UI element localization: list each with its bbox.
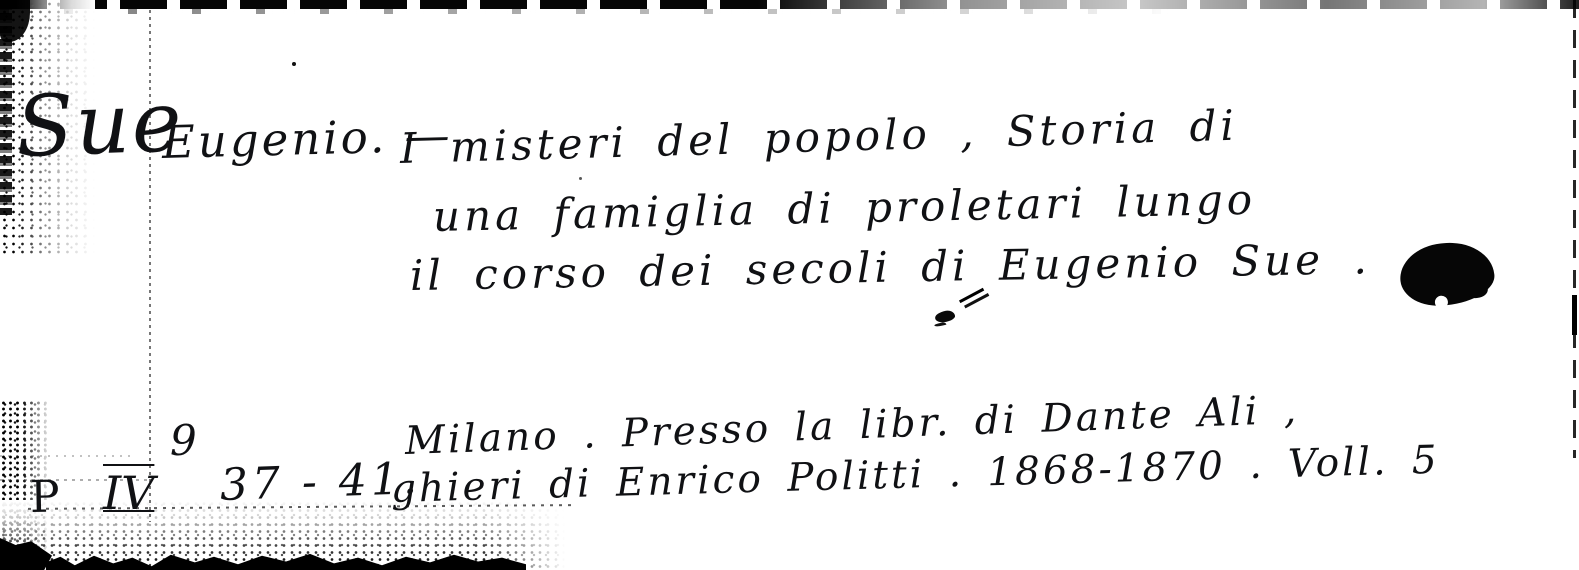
title-line-3: il corso dei secoli di Eugenio Sue . (410, 234, 1372, 300)
right-edge-dark-segment (1572, 295, 1577, 335)
shelfmark-superscript-number: 9 (170, 416, 197, 465)
author-surname: Sue (14, 72, 185, 176)
ink-blot-stain (1397, 238, 1497, 309)
stray-dot (292, 62, 296, 66)
faint-dotted-line-upper (0, 455, 130, 457)
right-edge-dashed-line (1573, 0, 1576, 458)
stray-dot (579, 177, 582, 180)
ink-blot-notch (1434, 295, 1448, 309)
catalog-card-scan: Sue Eugenio. — I misteri del popolo , St… (0, 0, 1579, 570)
top-scan-noise-band-secondary (0, 9, 1180, 14)
ink-smudge (934, 309, 956, 323)
title-line-1: I misteri del popolo , Storia di (399, 101, 1238, 173)
title-line-2: una famiglia di proletari lungo (432, 175, 1256, 241)
bottom-scan-noise-band (0, 500, 565, 570)
ink-blot-satellite (1467, 283, 1488, 299)
top-scan-noise-band (0, 0, 1579, 9)
shelfmark-roman-numeral: IV (103, 466, 154, 520)
shelfmark-prefix-letter: P (30, 471, 60, 523)
shelfmark-volume-range: 37 - 41. (219, 453, 421, 511)
